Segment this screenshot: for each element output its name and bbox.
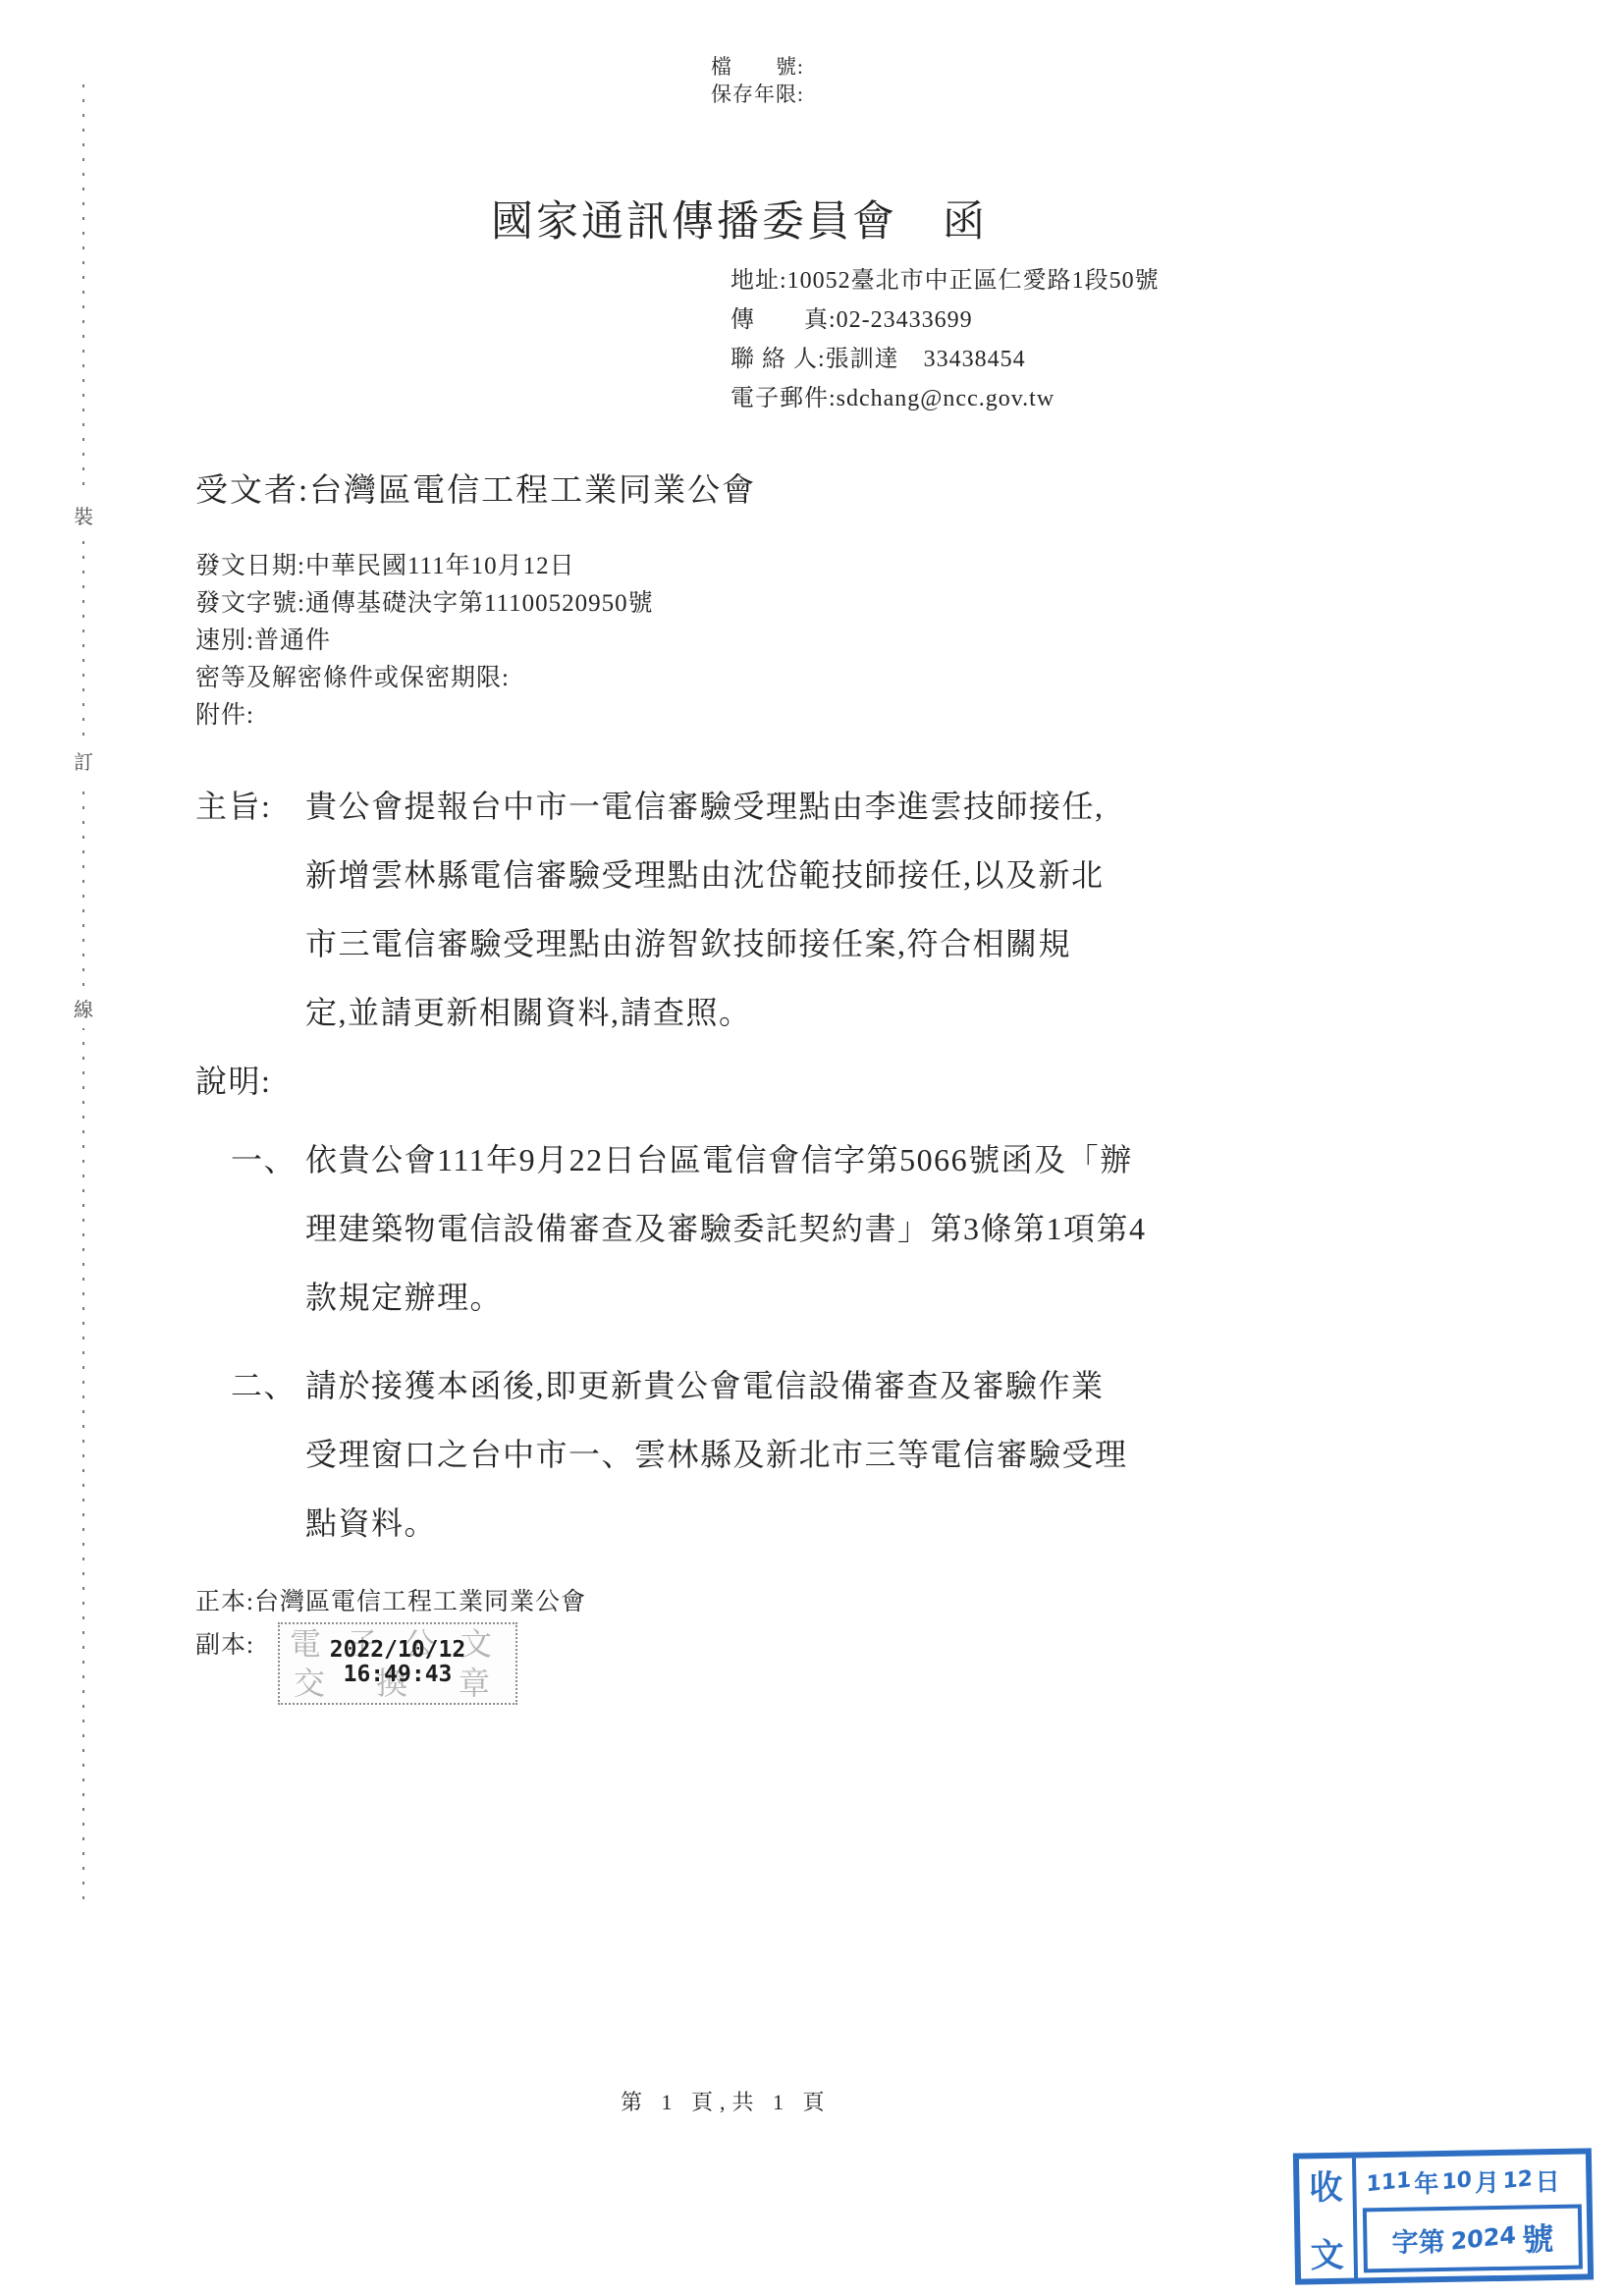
original-copy-line: 正本:台灣區電信工程工業同業公會	[195, 1581, 586, 1624]
receipt-stamp-right-column: 111 年 10 月 12 日 字第 2024 號	[1356, 2154, 1588, 2277]
recipient-line: 受文者:台灣區電信工程工業同業公會	[195, 465, 756, 511]
exchange-stamp-datetime: 2022/10/12 16:49:43	[280, 1638, 515, 1687]
subject-text: 貴公會提報台中市一電信審驗受理點由李進雲技師接任, 新增雲林縣電信審驗受理點由沈…	[305, 772, 1105, 1047]
agency-contact-block: 地址:10052臺北市中正區仁愛路1段50號 傳 真:02-23433699 聯…	[730, 261, 1160, 418]
subject-line: 市三電信審驗受理點由游智欽技師接任案,符合相關規	[305, 909, 1105, 978]
issue-date-line: 發文日期:中華民國111年10月12日	[195, 548, 654, 585]
receipt-ref-prefix: 字第	[1391, 2219, 1445, 2259]
receipt-stamp-left-column: 收 文	[1299, 2159, 1358, 2279]
binding-mark-xian: 線	[73, 988, 94, 1028]
item-text: 請於接獲本函後,即更新貴公會電信設備審查及審驗作業 受理窗口之台中市一、雲林縣及…	[305, 1351, 1128, 1558]
receipt-month-label: 月	[1475, 2163, 1500, 2199]
receipt-stamp-date-row: 111 年 10 月 12 日	[1356, 2154, 1587, 2208]
scanned-official-letter: 裝 訂 線 檔 號: 保存年限: 國家通訊傳播委員會 函 地址:10052臺北市…	[0, 0, 1623, 2296]
subject-label: 主旨:	[195, 772, 305, 1047]
contact-person: 聯 絡 人:張訓達 33438454	[730, 340, 1160, 379]
binding-margin: 裝 訂 線	[73, 84, 94, 1911]
item-line: 點資料。	[305, 1489, 1128, 1558]
subject-line: 貴公會提報台中市一電信審驗受理點由李進雲技師接任,	[305, 772, 1105, 841]
item-line: 理建築物電信設備審查及審驗委託契約書」第3條第1項第4	[305, 1194, 1147, 1263]
receipt-stamp: 收 文 111 年 10 月 12 日 字第 2024 號	[1293, 2148, 1594, 2284]
receipt-day-label: 日	[1535, 2161, 1560, 2197]
receipt-month-value: 10	[1441, 2167, 1471, 2195]
security-line: 密等及解密條件或保密期限:	[195, 660, 654, 697]
receipt-day-value: 12	[1502, 2166, 1532, 2194]
file-number-label: 檔 號:	[711, 53, 804, 81]
description-label: 說明:	[195, 1057, 1147, 1106]
document-meta-block: 發文日期:中華民國111年10月12日 發文字號:通傳基礎決字第11100520…	[195, 548, 654, 735]
subject-line: 新增雲林縣電信審驗受理點由沈岱範技師接任,以及新北	[305, 841, 1105, 909]
binding-mark-zhuang: 裝	[73, 495, 94, 535]
subject-section: 主旨: 貴公會提報台中市一電信審驗受理點由李進雲技師接任, 新增雲林縣電信審驗受…	[195, 772, 1105, 1047]
receipt-stamp-number-row: 字第 2024 號	[1363, 2205, 1583, 2273]
contact-fax: 傳 真:02-23433699	[730, 301, 1160, 340]
attachment-line: 附件:	[195, 697, 654, 735]
receipt-stamp-wen: 文	[1310, 2228, 1344, 2277]
receipt-ref-suffix: 號	[1522, 2214, 1554, 2261]
item-line: 請於接獲本函後,即更新貴公會電信設備審查及審驗作業	[305, 1351, 1128, 1420]
item-line: 款規定辦理。	[305, 1263, 1147, 1332]
receipt-year-value: 111	[1367, 2167, 1412, 2197]
receipt-year-label: 年	[1414, 2164, 1439, 2200]
contact-address: 地址:10052臺北市中正區仁愛路1段50號	[730, 261, 1160, 301]
item-number: 二、	[231, 1351, 305, 1558]
document-title: 國家通訊傳播委員會 函	[491, 189, 988, 248]
electronic-exchange-stamp: 電子公文 交換章 2022/10/12 16:49:43	[278, 1622, 517, 1705]
contact-email: 電子郵件:sdchang@ncc.gov.tw	[730, 379, 1160, 418]
description-item-2: 二、 請於接獲本函後,即更新貴公會電信設備審查及審驗作業 受理窗口之台中市一、雲…	[195, 1351, 1147, 1558]
receipt-ref-number: 2024	[1451, 2221, 1516, 2256]
description-item-1: 一、 依貴公會111年9月22日台區電信會信字第5066號函及「辦 理建築物電信…	[195, 1125, 1147, 1332]
item-text: 依貴公會111年9月22日台區電信會信字第5066號函及「辦 理建築物電信設備審…	[305, 1125, 1147, 1332]
retention-period-label: 保存年限:	[711, 81, 804, 108]
binding-mark-ding: 訂	[73, 740, 94, 781]
exchange-stamp-time: 16:49:43	[280, 1663, 515, 1687]
archive-label-block: 檔 號: 保存年限:	[711, 53, 804, 108]
receipt-stamp-shou: 收	[1309, 2160, 1343, 2210]
item-line: 依貴公會111年9月22日台區電信會信字第5066號函及「辦	[305, 1125, 1147, 1194]
doc-number-line: 發文字號:通傳基礎決字第11100520950號	[195, 585, 654, 623]
item-number: 一、	[231, 1125, 305, 1332]
subject-line: 定,並請更新相關資料,請查照。	[305, 978, 1105, 1047]
exchange-stamp-date: 2022/10/12	[280, 1638, 515, 1663]
item-line: 受理窗口之台中市一、雲林縣及新北市三等電信審驗受理	[305, 1420, 1128, 1489]
page-number-footer: 第 1 頁,共 1 頁	[621, 2086, 832, 2116]
description-section: 說明: 一、 依貴公會111年9月22日台區電信會信字第5066號函及「辦 理建…	[195, 1057, 1147, 1558]
priority-line: 速別:普通件	[195, 623, 654, 660]
